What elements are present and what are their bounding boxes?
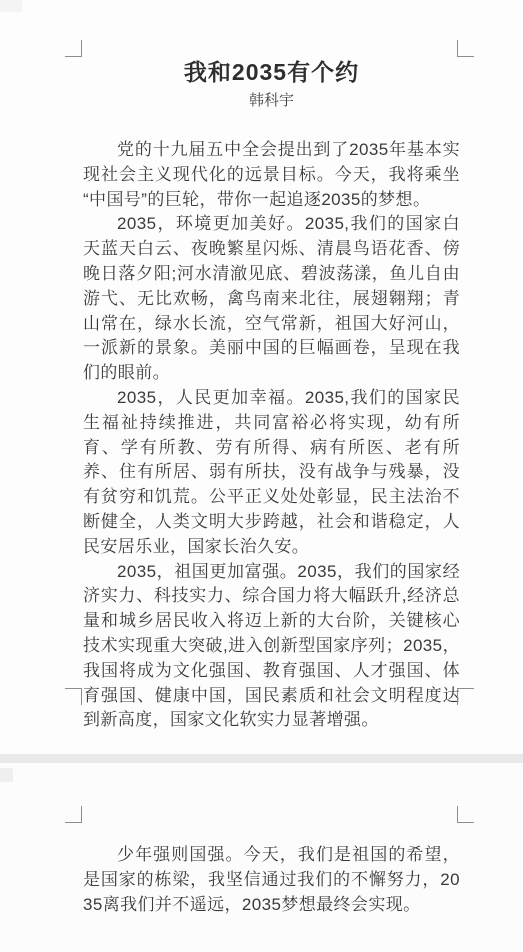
paragraph: 少年强则国强。今天，我们是祖国的希望，是国家的栋梁，我坚信通过我们的不懈努力，2…: [83, 843, 460, 917]
page-2: 少年强则国强。今天，我们是祖国的希望，是国家的栋梁，我坚信通过我们的不懈努力，2…: [0, 763, 523, 952]
paragraph: 2035，环境更加美好。2035,我们的国家白天蓝天白云、夜晚繁星闪烁、清晨鸟语…: [83, 212, 460, 386]
crop-mark-page1-bottom-right: [457, 688, 474, 705]
paragraph: 2035，祖国更加富强。2035，我们的国家经济实力、科技实力、综合国力将大幅跃…: [83, 560, 460, 734]
crop-mark-page1-top-right: [457, 40, 474, 57]
photo-artifact: [0, 0, 22, 12]
paragraph: 2035，人民更加幸福。2035,我们的国家民生福祉持续推进，共同富裕必将实现，…: [83, 386, 460, 560]
crop-mark-page1-bottom-left: [65, 688, 82, 705]
page-1-body: 党的十九届五中全会提出到了2035年基本实现社会主义现代化的远景目标。今天，我将…: [83, 138, 460, 733]
author-name: 韩科宇: [83, 90, 460, 112]
crop-mark-page2-top-right: [457, 806, 474, 823]
document-photo: 我和2035有个约 韩科宇 党的十九届五中全会提出到了2035年基本实现社会主义…: [0, 0, 523, 952]
page-1: 我和2035有个约 韩科宇 党的十九届五中全会提出到了2035年基本实现社会主义…: [0, 0, 523, 754]
crop-mark-page1-top-left: [65, 40, 82, 57]
photo-artifact: [0, 768, 13, 782]
page-separator: [0, 754, 523, 763]
document-title: 我和2035有个约: [83, 56, 460, 88]
paragraph: 党的十九届五中全会提出到了2035年基本实现社会主义现代化的远景目标。今天，我将…: [83, 138, 460, 212]
page-2-body: 少年强则国强。今天，我们是祖国的希望，是国家的栋梁，我坚信通过我们的不懈努力，2…: [83, 843, 460, 917]
crop-mark-page2-top-left: [65, 806, 82, 823]
